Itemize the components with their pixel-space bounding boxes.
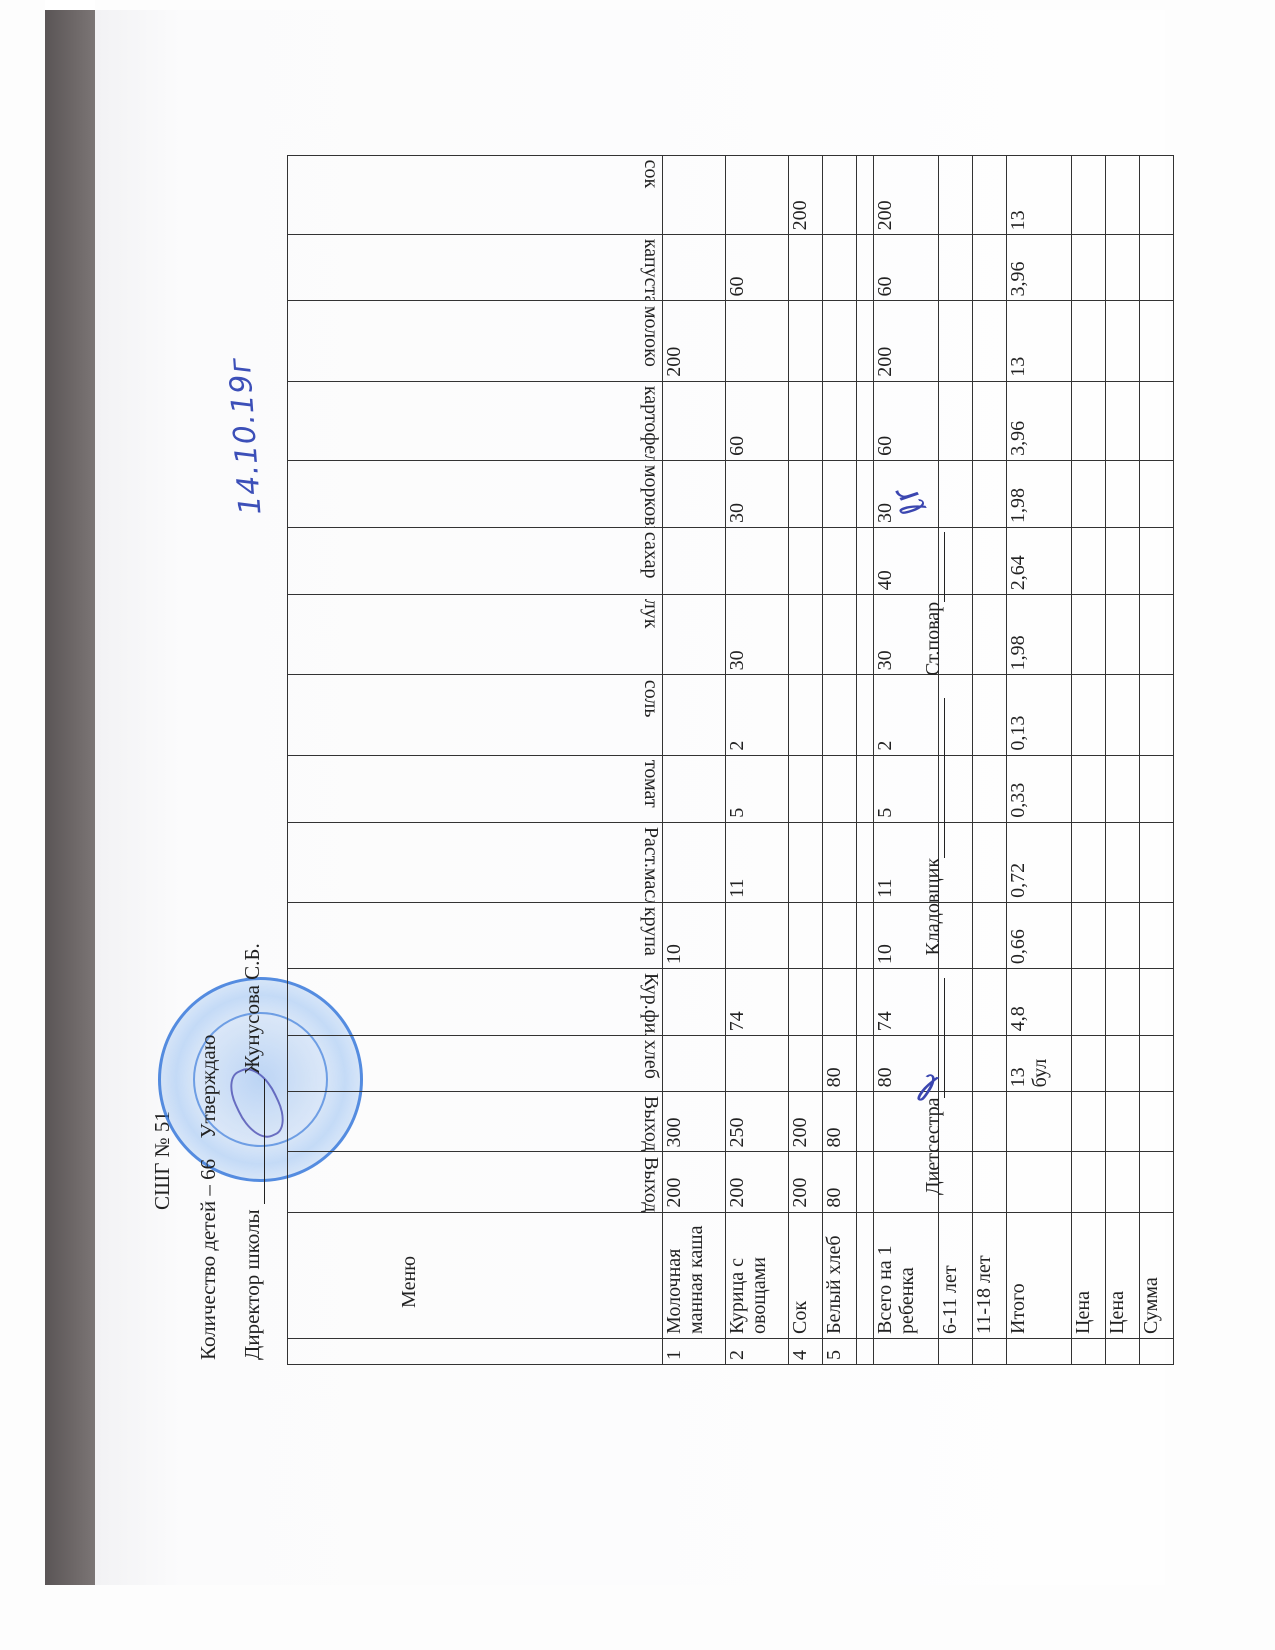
header-column: картофель xyxy=(288,381,663,460)
table-cell xyxy=(789,969,823,1036)
table-cell xyxy=(857,1152,874,1212)
table-cell xyxy=(973,156,1007,235)
table-cell xyxy=(1140,1092,1174,1152)
row-dish-name: Итого xyxy=(1007,1212,1072,1338)
table-cell xyxy=(857,301,874,381)
table-cell xyxy=(1106,235,1140,301)
table-row: 1Молочная манная каша20030010200 xyxy=(663,156,726,1365)
table-cell xyxy=(663,595,726,675)
table-cell: 0,33 xyxy=(1007,755,1072,822)
table-cell xyxy=(1072,755,1106,822)
row-dish-name: 11-18 лет xyxy=(973,1212,1007,1338)
table-cell xyxy=(789,460,823,527)
table-cell xyxy=(1140,156,1174,235)
table-cell xyxy=(939,301,973,381)
table-cell xyxy=(789,235,823,301)
header-column: Выход 6-11 лет xyxy=(288,1152,663,1212)
children-count: Количество детей – 66 xyxy=(196,1159,220,1360)
row-number xyxy=(857,1338,874,1364)
table-cell xyxy=(939,381,973,460)
table-cell xyxy=(857,1036,874,1092)
table-cell xyxy=(857,235,874,301)
table-cell xyxy=(726,1036,789,1092)
row-dish-name: Сумма xyxy=(1140,1212,1174,1338)
table-cell xyxy=(973,595,1007,675)
table-cell xyxy=(726,528,789,595)
header-column: сахар xyxy=(288,528,663,595)
table-cell xyxy=(973,902,1007,968)
table-cell xyxy=(789,381,823,460)
table-cell xyxy=(857,822,874,902)
header-column: Выход 11-18 лет xyxy=(288,1092,663,1152)
chef-label: Ст.повар xyxy=(922,602,944,676)
table-cell xyxy=(823,460,857,527)
table-cell xyxy=(1072,460,1106,527)
table-cell xyxy=(663,675,726,755)
table-cell xyxy=(1106,755,1140,822)
table-cell: 60 xyxy=(726,235,789,301)
table-cell xyxy=(789,595,823,675)
table-cell xyxy=(939,156,973,235)
table-cell xyxy=(1140,595,1174,675)
table-cell xyxy=(1072,675,1106,755)
table-cell xyxy=(726,301,789,381)
approve-label: Утверждаю xyxy=(196,1035,220,1139)
table-cell xyxy=(789,755,823,822)
table-cell xyxy=(857,969,874,1036)
menu-layout-table: Меню Выход 6-11 летВыход 11-18 летхлебКу… xyxy=(287,155,1174,1365)
row-number xyxy=(939,1338,973,1364)
table-cell: 60 xyxy=(874,235,939,301)
table-cell: 13 xyxy=(1007,156,1072,235)
table-cell: 300 xyxy=(663,1092,726,1152)
table-cell xyxy=(1072,1152,1106,1212)
table-cell xyxy=(1106,381,1140,460)
table-cell xyxy=(663,755,726,822)
table-cell xyxy=(726,156,789,235)
table-cell xyxy=(663,528,726,595)
table-cell xyxy=(789,528,823,595)
table-cell: 200 xyxy=(789,156,823,235)
table-cell: 200 xyxy=(874,301,939,381)
header-column: молоко xyxy=(288,301,663,381)
table-cell xyxy=(789,301,823,381)
table-cell xyxy=(1106,460,1140,527)
dietitian-label: Диетсестра xyxy=(922,1098,944,1195)
table-cell xyxy=(1072,381,1106,460)
row-dish-name: Молочная манная каша xyxy=(663,1212,726,1338)
table-cell xyxy=(1106,595,1140,675)
row-number xyxy=(1072,1338,1106,1364)
header-column: лук xyxy=(288,595,663,675)
row-number xyxy=(874,1338,939,1364)
table-cell xyxy=(1140,675,1174,755)
table-cell xyxy=(823,301,857,381)
table-cell: 1,98 xyxy=(1007,460,1072,527)
table-cell xyxy=(823,235,857,301)
table-cell xyxy=(939,460,973,527)
table-header-row: Меню Выход 6-11 летВыход 11-18 летхлебКу… xyxy=(288,156,663,1365)
table-cell: 10 xyxy=(663,902,726,968)
row-number: 2 xyxy=(726,1338,789,1364)
table-cell xyxy=(1106,675,1140,755)
table-cell xyxy=(823,755,857,822)
table-cell: 74 xyxy=(726,969,789,1036)
table-cell xyxy=(1140,1036,1174,1092)
header-column: крупа xyxy=(288,902,663,968)
director-line: Директор школы Жунусова С.Б. xyxy=(240,943,265,1360)
director-name: Жунусова С.Б. xyxy=(240,943,264,1074)
table-cell xyxy=(663,822,726,902)
row-dish-name: Сок xyxy=(789,1212,823,1338)
row-dish-name xyxy=(857,1212,874,1338)
table-cell xyxy=(1072,822,1106,902)
table-cell: 200 xyxy=(663,301,726,381)
header-column-label: сахар xyxy=(288,532,663,590)
table-cell xyxy=(1106,1036,1140,1092)
table-cell xyxy=(1106,528,1140,595)
table-cell xyxy=(1072,969,1106,1036)
table-cell: 200 xyxy=(726,1152,789,1212)
header-column: соль xyxy=(288,675,663,755)
table-cell xyxy=(857,755,874,822)
table-row: 11-18 лет xyxy=(973,156,1007,1365)
table-cell xyxy=(1140,902,1174,968)
table-cell xyxy=(1072,528,1106,595)
table-cell xyxy=(1140,235,1174,301)
header-column-label: морковь xyxy=(288,465,663,523)
table-cell xyxy=(789,822,823,902)
header-menu: Меню xyxy=(288,1212,663,1338)
row-number xyxy=(973,1338,1007,1364)
table-cell xyxy=(857,460,874,527)
table-cell: 5 xyxy=(726,755,789,822)
table-cell xyxy=(789,675,823,755)
table-cell xyxy=(1007,1092,1072,1152)
table-cell xyxy=(823,675,857,755)
handwritten-date: 14.10.19г xyxy=(223,356,269,516)
table-cell: 60 xyxy=(726,381,789,460)
table-cell xyxy=(1106,1152,1140,1212)
header-column-label: хлеб xyxy=(288,1040,663,1087)
table-cell xyxy=(663,156,726,235)
table-cell xyxy=(973,969,1007,1036)
table-cell xyxy=(973,381,1007,460)
header-column: морковь xyxy=(288,460,663,527)
row-dish-name: Цена xyxy=(1072,1212,1106,1338)
table-cell xyxy=(789,902,823,968)
header-column-label: Кур.филе xyxy=(288,973,663,1031)
row-number: 1 xyxy=(663,1338,726,1364)
table-cell xyxy=(857,675,874,755)
table-cell xyxy=(857,902,874,968)
row-dish-name: Белый хлеб xyxy=(823,1212,857,1338)
table-cell xyxy=(663,460,726,527)
table-cell xyxy=(1072,235,1106,301)
rotated-document-page: СШГ № 51 Количество детей – 66 Утверждаю… xyxy=(0,0,1275,1650)
table-cell: 11 xyxy=(726,822,789,902)
table-cell xyxy=(973,822,1007,902)
table-cell xyxy=(663,1036,726,1092)
table-row: 4Сок200200200 xyxy=(789,156,823,1365)
row-dish-name: Курица с овощами xyxy=(726,1212,789,1338)
table-cell: 80 xyxy=(823,1092,857,1152)
table-row: 5Белый хлеб808080 xyxy=(823,156,857,1365)
table-cell: 60 xyxy=(874,381,939,460)
table-cell: 200 xyxy=(874,156,939,235)
table-cell: 200 xyxy=(789,1092,823,1152)
table-cell xyxy=(857,381,874,460)
table-cell xyxy=(857,1092,874,1152)
table-cell: 200 xyxy=(663,1152,726,1212)
table-cell: 0,72 xyxy=(1007,822,1072,902)
table-cell xyxy=(1140,822,1174,902)
table-cell xyxy=(663,381,726,460)
table-cell xyxy=(1072,902,1106,968)
table-cell xyxy=(1106,902,1140,968)
director-label: Директор школы xyxy=(240,1209,264,1360)
table-cell xyxy=(1106,969,1140,1036)
table-cell xyxy=(1106,301,1140,381)
table-cell xyxy=(973,235,1007,301)
table-cell xyxy=(1072,1036,1106,1092)
table-cell xyxy=(973,301,1007,381)
table-cell xyxy=(823,822,857,902)
table-cell xyxy=(1140,460,1174,527)
table-cell xyxy=(1072,595,1106,675)
table-cell xyxy=(663,235,726,301)
header-column: Кур.филе xyxy=(288,969,663,1036)
table-cell: 4,8 xyxy=(1007,969,1072,1036)
header-column-label: лук xyxy=(288,599,663,670)
table-row: 2Курица с овощами20025074115230306060 xyxy=(726,156,789,1365)
header-column-label: молоко xyxy=(288,306,663,377)
table-cell xyxy=(939,235,973,301)
table-cell xyxy=(823,902,857,968)
table-cell xyxy=(726,902,789,968)
table-cell xyxy=(973,528,1007,595)
table-cell xyxy=(1072,301,1106,381)
table-cell: 80 xyxy=(823,1036,857,1092)
dietitian-signature-line xyxy=(944,978,945,1098)
table-cell: 1,98 xyxy=(1007,595,1072,675)
table-cell: 13 xyxy=(1007,301,1072,381)
table-cell: 0,66 xyxy=(1007,902,1072,968)
header-column-label: томат xyxy=(288,760,663,818)
table-row: Цена xyxy=(1106,156,1140,1365)
table-cell xyxy=(973,1092,1007,1152)
row-dish-name: 6-11 лет xyxy=(939,1212,973,1338)
table-cell xyxy=(1140,528,1174,595)
table-cell xyxy=(1072,156,1106,235)
table-cell: 2,64 xyxy=(1007,528,1072,595)
table-cell: 0,13 xyxy=(1007,675,1072,755)
table-row: Цена xyxy=(1072,156,1106,1365)
table-cell: 80 xyxy=(823,1152,857,1212)
row-dish-name: Цена xyxy=(1106,1212,1140,1338)
table-cell xyxy=(1140,301,1174,381)
header-column-label: Раст.масло xyxy=(288,827,663,898)
table-cell xyxy=(1007,1152,1072,1212)
table-row: Сумма xyxy=(1140,156,1174,1365)
row-number: 5 xyxy=(823,1338,857,1364)
table-cell xyxy=(1106,1092,1140,1152)
header-column-label: Выход 11-18 лет xyxy=(288,1096,663,1147)
table-cell xyxy=(789,1036,823,1092)
header-column: сок xyxy=(288,156,663,235)
table-cell xyxy=(857,156,874,235)
table-cell xyxy=(663,969,726,1036)
table-cell xyxy=(823,156,857,235)
table-cell: 200 xyxy=(789,1152,823,1212)
table-cell: 13 бул xyxy=(1007,1036,1072,1092)
table-cell xyxy=(1106,822,1140,902)
row-dish-name: Всего на 1 ребенка xyxy=(874,1212,939,1338)
table-cell xyxy=(1140,755,1174,822)
table-cell xyxy=(973,460,1007,527)
table-cell xyxy=(973,755,1007,822)
table-cell xyxy=(973,1036,1007,1092)
table-cell xyxy=(1140,381,1174,460)
header-column: хлеб xyxy=(288,1036,663,1092)
table-cell xyxy=(823,381,857,460)
chef-signature-line xyxy=(944,532,945,602)
row-number: 4 xyxy=(789,1338,823,1364)
header-column-label: сок xyxy=(288,160,663,230)
table-cell xyxy=(823,528,857,595)
table-cell: 30 xyxy=(726,595,789,675)
row-number xyxy=(1106,1338,1140,1364)
row-number xyxy=(1007,1338,1072,1364)
table-cell xyxy=(1140,1152,1174,1212)
table-cell: 250 xyxy=(726,1092,789,1152)
header-column-label: Выход 6-11 лет xyxy=(288,1156,663,1207)
header-column: томат xyxy=(288,755,663,822)
table-cell: 2 xyxy=(726,675,789,755)
table-cell xyxy=(973,675,1007,755)
header-column-label: капуста xyxy=(288,239,663,296)
table-row xyxy=(857,156,874,1365)
row-number xyxy=(1140,1338,1174,1364)
table-cell: 3,96 xyxy=(1007,381,1072,460)
header-column: капуста xyxy=(288,235,663,301)
storekeeper-signature-line xyxy=(944,698,945,858)
table-cell: 30 xyxy=(726,460,789,527)
table-cell xyxy=(1106,156,1140,235)
director-signature-line xyxy=(264,1079,265,1204)
table-cell: 3,96 xyxy=(1007,235,1072,301)
storekeeper-label: Кладовщик xyxy=(922,858,944,956)
table-cell xyxy=(1072,1092,1106,1152)
table-cell xyxy=(1140,969,1174,1036)
header-column-label: крупа xyxy=(288,907,663,964)
header-column-label: картофель xyxy=(288,386,663,456)
table-cell xyxy=(823,969,857,1036)
table-cell xyxy=(857,528,874,595)
table-cell xyxy=(973,1152,1007,1212)
header-number xyxy=(288,1338,663,1364)
table-cell xyxy=(823,595,857,675)
table-row: Итого13 бул4,80,660,720,330,131,982,641,… xyxy=(1007,156,1072,1365)
header-column-label: соль xyxy=(288,679,663,750)
header-column: Раст.масло xyxy=(288,822,663,902)
children-count-line: Количество детей – 66 Утверждаю xyxy=(196,1035,221,1360)
table-cell xyxy=(857,595,874,675)
